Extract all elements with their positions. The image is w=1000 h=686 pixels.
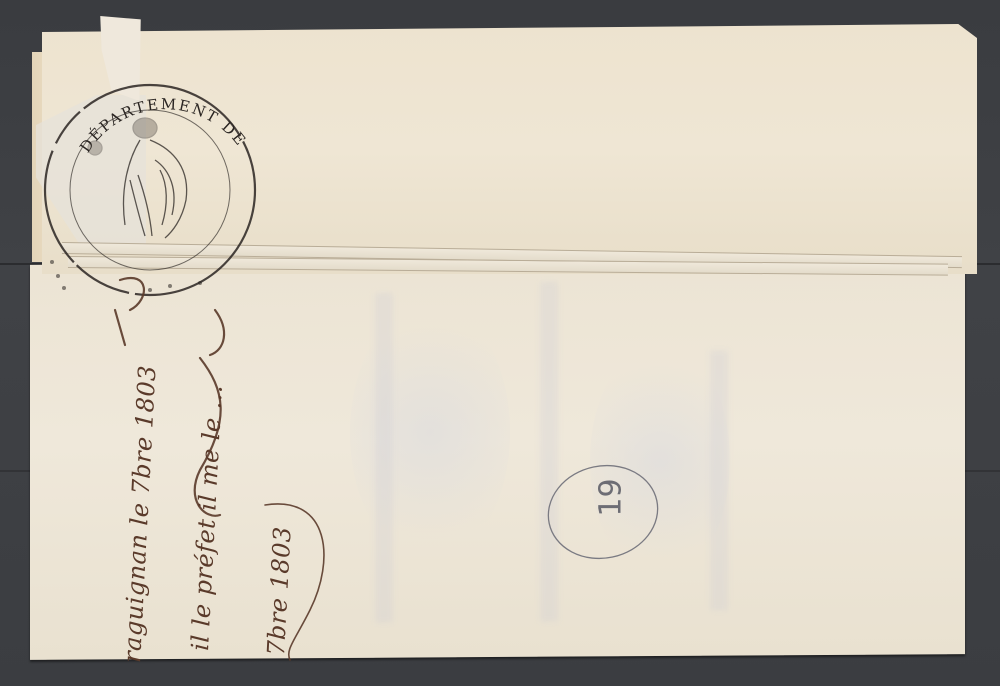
departement-seal: DÉPARTEMENT DE — [45, 85, 255, 295]
pencil-number: 19 — [594, 478, 629, 516]
